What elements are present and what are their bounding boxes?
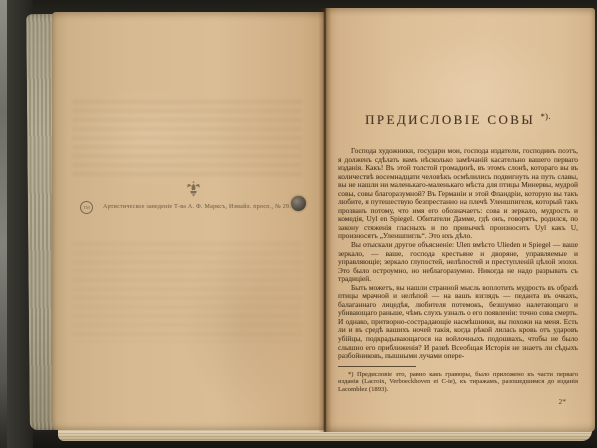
paragraph: Господа художники, государи мои, господа…: [338, 147, 578, 241]
paragraph: Быть можетъ, вы нашли странной мысль воп…: [338, 284, 578, 361]
page-title-text: ПРЕДИСЛОВІЕ СОВЫ: [365, 112, 535, 127]
show-through-text: [72, 242, 302, 342]
text-block: ПРЕДИСЛОВІЕ СОВЫ *). Господа художники, …: [338, 8, 578, 406]
show-through-text: [72, 100, 302, 178]
left-page: ТМ Артистическое заведеніе Т-ва А. Ф. Ма…: [52, 12, 325, 430]
publisher-monogram-icon: ТМ: [80, 201, 93, 214]
printer-imprint: ТМ Артистическое заведеніе Т-ва А. Ф. Ма…: [80, 198, 320, 214]
page-title: ПРЕДИСЛОВІЕ СОВЫ *).: [338, 112, 578, 128]
signature-mark: 2*: [338, 397, 578, 406]
title-footnote-marker: *).: [541, 112, 551, 121]
gutter-shadow: [318, 8, 332, 432]
ink-stamp-icon: [291, 196, 306, 211]
paragraph: Вы отыскали другое объясненіе: Ulen вмѣс…: [338, 241, 578, 284]
cover-board-edge: [0, 0, 7, 448]
imprint-text: Артистическое заведеніе Т-ва А. Ф. Маркс…: [103, 204, 291, 210]
right-page: ПРЕДИСЛОВІЕ СОВЫ *). Господа художники, …: [325, 8, 595, 432]
footnote-text: *) Предисловіе это, равно какъ гравюры, …: [338, 371, 578, 394]
footnote-separator: [338, 366, 416, 367]
double-headed-eagle-icon: [186, 180, 201, 197]
body-text: Господа художники, государи мои, господа…: [338, 147, 578, 361]
open-book-photo: ТМ Артистическое заведеніе Т-ва А. Ф. Ма…: [0, 0, 597, 448]
